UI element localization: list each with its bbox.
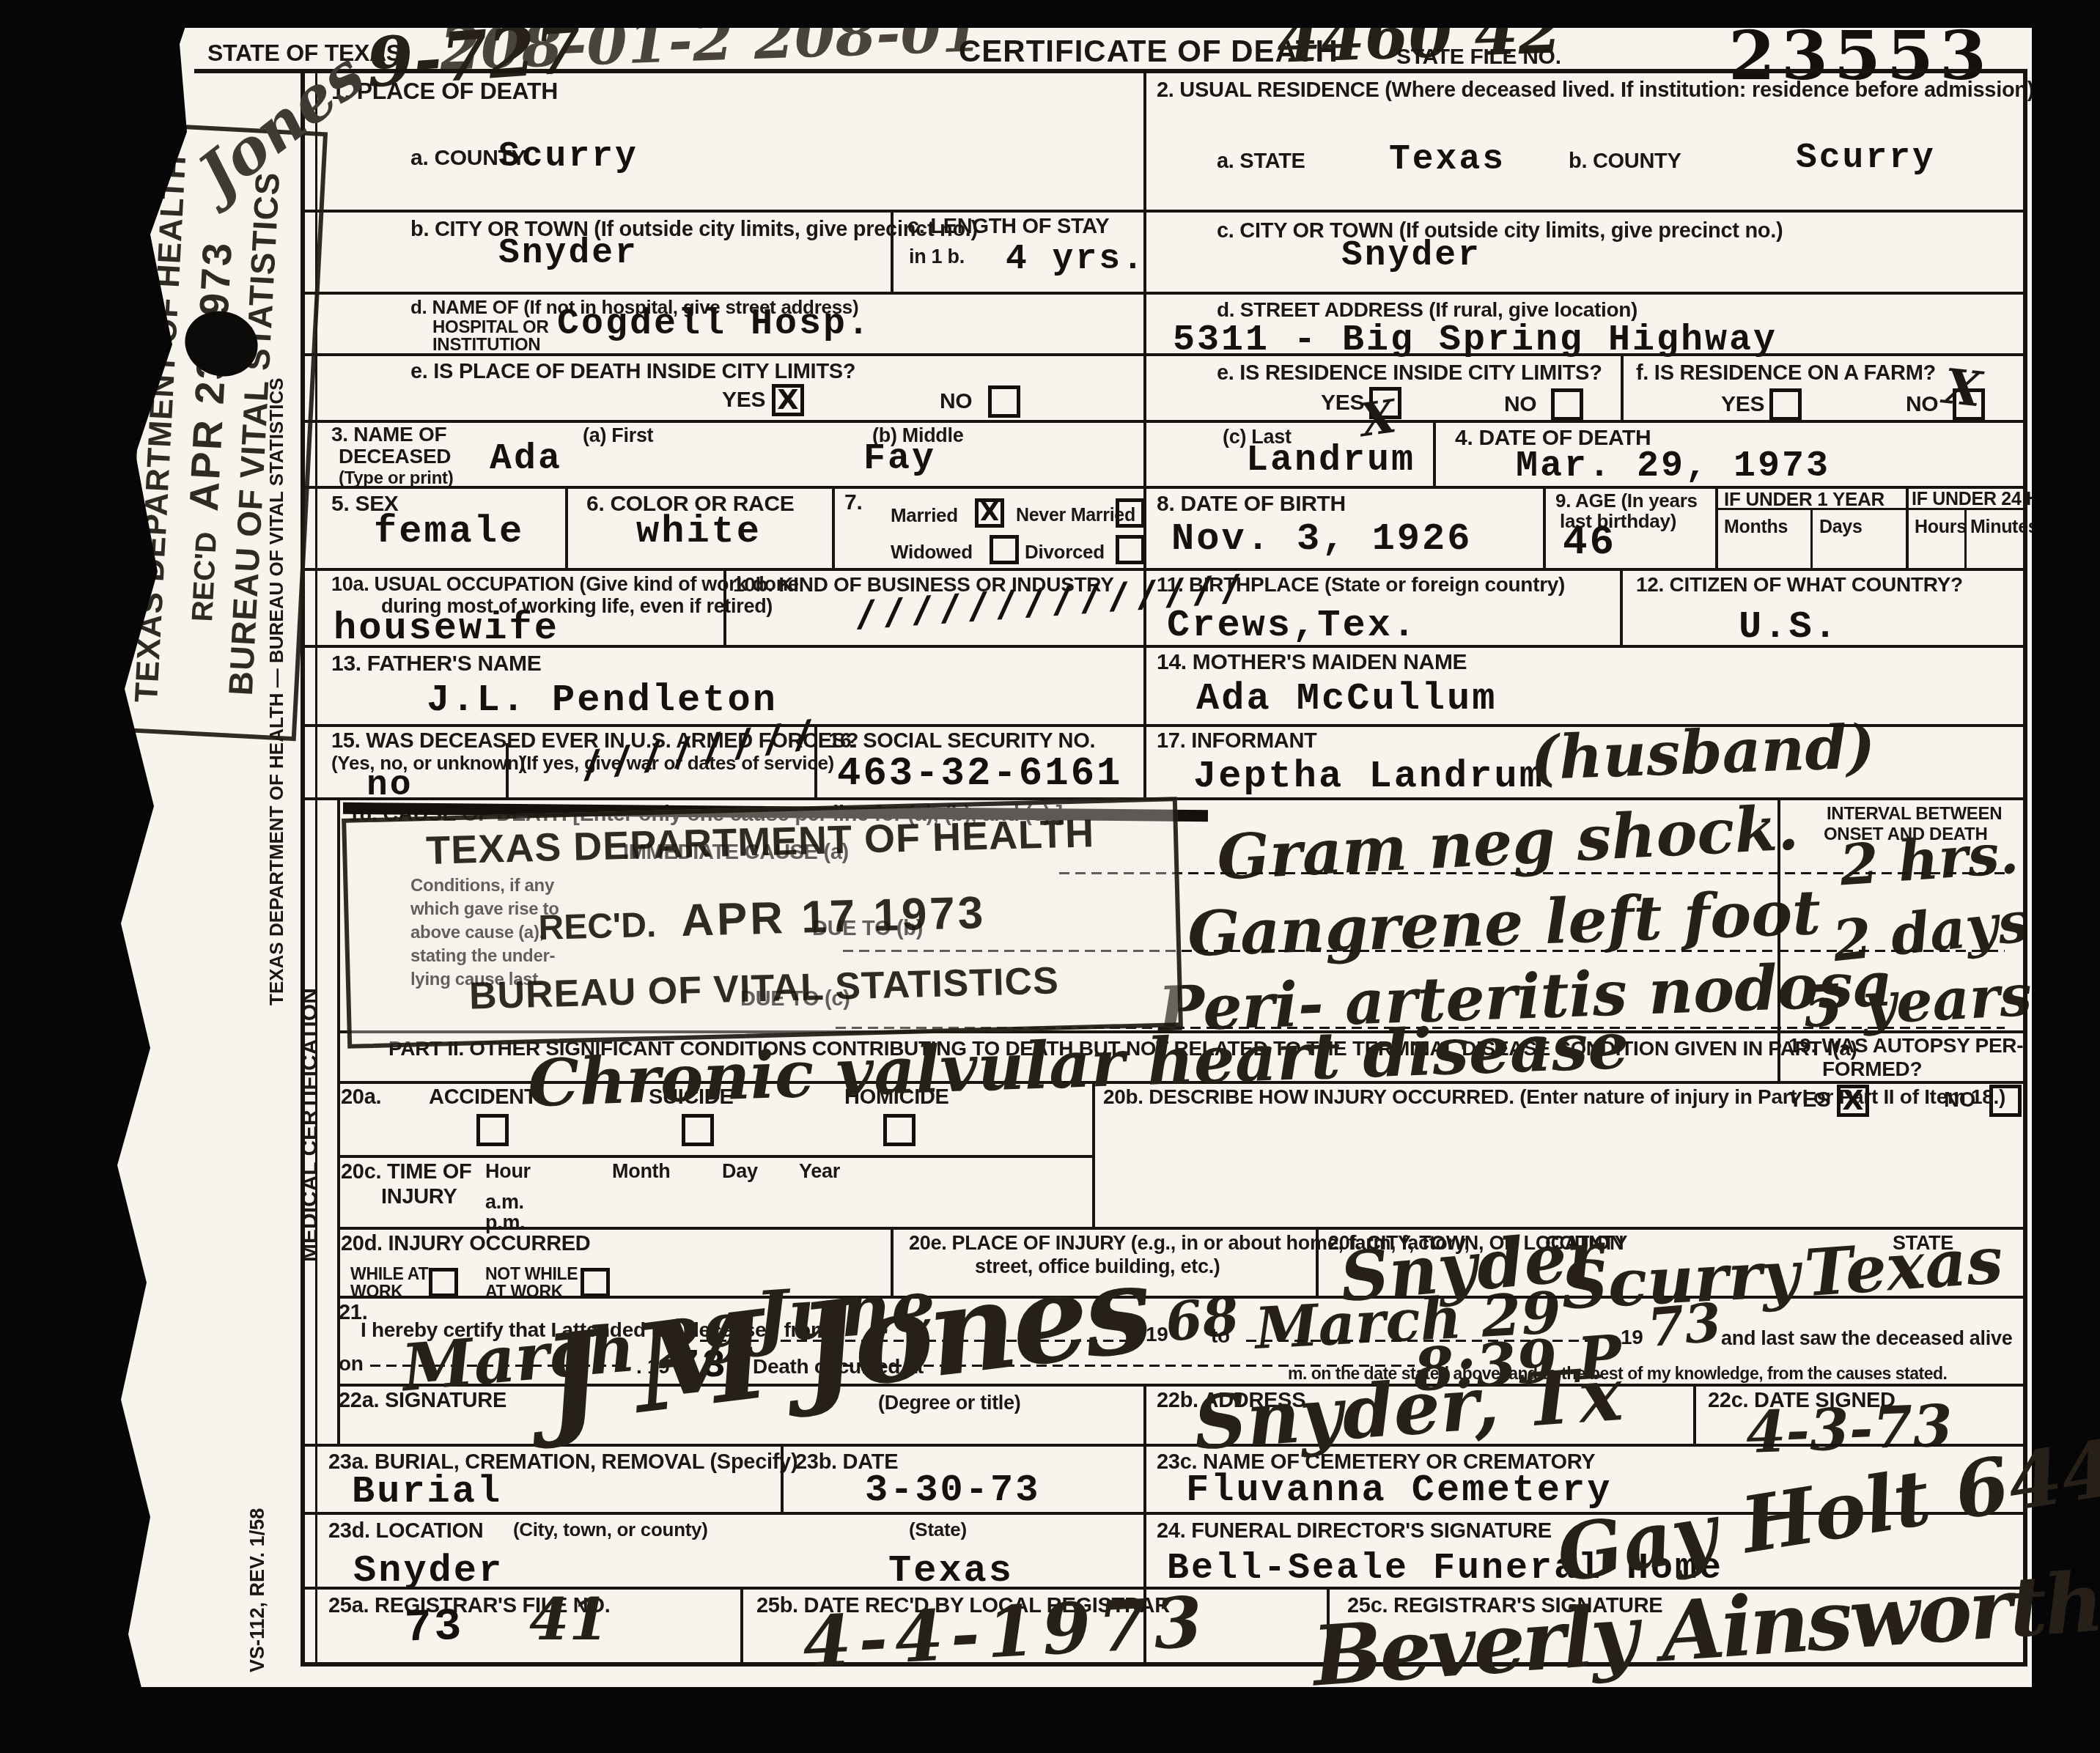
grid-line (1620, 568, 1623, 648)
name-middle-value: Fay (863, 441, 936, 478)
grid-line (1777, 797, 1780, 1084)
autopsy-label1: 19. WAS AUTOPSY PER- (1788, 1035, 2023, 1056)
received-stamp-center: TEXAS DEPARTMENT OF HEALTH REC'D.APR 17 … (342, 797, 1183, 1049)
name-first-value: Ada (490, 441, 562, 478)
occupation-value: housewife (334, 610, 559, 648)
grid-line (1621, 353, 1624, 423)
grid-line (565, 486, 568, 571)
injury-pm-label: p.m. (485, 1212, 525, 1233)
interval-a-value: 2 hrs. (1838, 826, 2021, 894)
grid-line (1964, 508, 1967, 571)
scan-black-border-top (0, 0, 2100, 28)
grid-line (301, 568, 2026, 571)
date-recd-value: 4-4-1973 (801, 1587, 1212, 1678)
residence-county-value: Scurry (1796, 141, 1936, 176)
interval-c-value: 5 years (1802, 967, 2033, 1036)
grid-line (337, 797, 340, 1447)
certify-to-word: to (1211, 1325, 1230, 1346)
certify-on-word: on (339, 1353, 364, 1374)
scan-black-border-bottom (0, 1687, 2100, 1753)
suicide-checkbox (682, 1114, 714, 1146)
burial-location-city: Snyder (353, 1552, 504, 1590)
marital-widowed-checkbox (990, 535, 1019, 564)
marital-married-checkbox: X (975, 498, 1004, 528)
date-of-birth-label: 8. DATE OF BIRTH (1157, 492, 1346, 516)
grid-line (1693, 1384, 1696, 1447)
hospital-value: Cogdell Hosp. (557, 306, 872, 343)
grid-line (194, 69, 2023, 73)
ssn-label: 16. SOCIAL SECURITY NO. (828, 730, 1095, 752)
grid-line (832, 486, 835, 571)
residence-county-label: b. COUNTY (1569, 150, 1681, 172)
grid-line (1810, 508, 1813, 571)
injury-state-value: Texas (1802, 1228, 2005, 1306)
name-first-label: (a) First (583, 425, 653, 446)
stamp-recd-label: REC'D (186, 531, 223, 623)
name-label2: DECEASED (339, 446, 451, 467)
place-limits-yes-checkbox: X (772, 384, 804, 416)
injury-20c-label2: INJURY (381, 1186, 457, 1208)
residence-section-label: 2. USUAL RESIDENCE (Where deceased lived… (1157, 79, 2034, 101)
under-1-year-days-label: Days (1819, 517, 1863, 536)
armed-forces-sublabel1: (Yes, no, or unknown) (331, 753, 525, 773)
grid-line (1433, 420, 1436, 489)
grid-line (1143, 1384, 1146, 1447)
injury-hour-label: Hour (485, 1161, 531, 1181)
stamp-center-date-line: REC'D.APR 17 1973 (348, 882, 1176, 956)
grid-line (337, 1227, 2026, 1230)
burial-location-label: 23d. LOCATION (328, 1520, 483, 1542)
marital-never-checkbox (1116, 498, 1145, 528)
grid-line (301, 724, 2026, 727)
interval-b-value: 2 days. (1830, 892, 2051, 970)
registrar-file-no-typed: 73 (404, 1604, 465, 1652)
mother-maiden-name-value: Ada McCullum (1196, 680, 1497, 718)
residence-farm-yes-label: YES (1721, 393, 1764, 416)
place-limits-no-checkbox (988, 385, 1020, 418)
residence-state-label: a. STATE (1217, 150, 1305, 172)
place-city-limits-label: e. IS PLACE OF DEATH INSIDE CITY LIMITS? (410, 361, 855, 383)
informant-relation: (husband) (1530, 717, 1876, 789)
hospital-label3: INSTITUTION (432, 336, 540, 354)
residence-farm-no-mark: X (1942, 362, 1984, 414)
grid-line (301, 420, 2026, 423)
grid-line (740, 1587, 743, 1665)
birthplace-label: 11. BIRTHPLACE (State or foreign country… (1157, 574, 1565, 595)
grid-line (1092, 1081, 1095, 1230)
grid-line (1316, 1227, 1319, 1299)
grid-line (2023, 69, 2027, 1667)
burial-value: Burial (352, 1473, 502, 1511)
length-of-stay-value: 4 yrs. (1006, 242, 1146, 277)
death-certificate-scan: TEXAS DEPARTMENT OF HEALTH REC'DAPR 23 1… (0, 0, 2100, 1753)
marital-divorced-checkbox (1116, 535, 1145, 564)
informant-label: 17. INFORMANT (1157, 730, 1316, 752)
age-value: 46 (1563, 522, 1616, 563)
mother-maiden-name-label: 14. MOTHER'S MAIDEN NAME (1157, 651, 1467, 674)
homicide-checkbox (883, 1114, 915, 1146)
grid-line (814, 724, 817, 800)
grid-line (337, 1155, 1092, 1158)
injury-20d-label: 20d. INJURY OCCURRED (341, 1233, 590, 1255)
date-of-birth-value: Nov. 3, 1926 (1171, 520, 1472, 558)
residence-farm-no-label: NO (1906, 393, 1938, 416)
grid-line (891, 210, 894, 295)
length-of-stay-label: c. LENGTH OF STAY (907, 215, 1109, 237)
grid-line (781, 1444, 784, 1515)
grid-line (506, 743, 509, 800)
accident-checkbox (476, 1114, 509, 1146)
injury-year-label: Year (799, 1161, 840, 1181)
not-while-at-work-checkbox (581, 1268, 610, 1297)
residence-city-value: Snyder (1341, 238, 1481, 273)
marital-label: 7. (844, 491, 862, 514)
informant-value: Jeptha Landrum (1193, 758, 1544, 796)
grid-line (301, 210, 2026, 213)
state-file-no-label: STATE FILE NO. (1396, 45, 1561, 69)
street-address-label: d. STREET ADDRESS (If rural, give locati… (1217, 299, 1637, 320)
grid-line (1059, 872, 2005, 874)
occupation-label1: 10a. USUAL OCCUPATION (Give kind of work… (331, 574, 799, 594)
stamp-center-bureau: BUREAU OF VITAL STATISTICS (350, 956, 1178, 1022)
autopsy-label2: FORMED? (1822, 1058, 1922, 1080)
place-county-value: Scurry (498, 139, 638, 174)
race-value: white (636, 513, 762, 551)
cemetery-value: Fluvanna Cemetery (1186, 1472, 1613, 1510)
cause-a-value: Gram neg shock. (1215, 797, 1799, 888)
certify-text2: and last saw the deceased alive (1721, 1328, 2012, 1348)
grid-line (301, 353, 2026, 356)
injury-am-label: a.m. (485, 1192, 524, 1212)
place-limits-no-label: NO (940, 390, 972, 413)
residence-farm-yes-checkbox (1769, 388, 1802, 421)
ssn-value: 463-32-6161 (837, 755, 1122, 794)
hospital-label2: HOSPITAL OR (432, 318, 549, 336)
residence-limits-no-label: NO (1504, 393, 1536, 416)
injury-county-value: Scurry (1560, 1241, 1801, 1318)
while-at-work-checkbox (429, 1268, 458, 1297)
grid-line (1543, 486, 1546, 571)
stamp-center-date: APR 17 1973 (680, 887, 987, 946)
interval-header-1: INTERVAL BETWEEN (1827, 805, 2002, 823)
grid-line (723, 568, 726, 648)
marital-married-label: Married (891, 506, 958, 525)
under-1-year-months-label: Months (1724, 517, 1788, 536)
residence-state-value: Texas (1389, 142, 1506, 177)
age-label1: 9. AGE (In years (1555, 491, 1698, 511)
under-24-hrs-hours-label: Hours (1915, 517, 1967, 536)
date-of-death-value: Mar. 29, 1973 (1516, 449, 1830, 485)
citizen-label: 12. CITIZEN OF WHAT COUNTRY? (1636, 574, 1963, 595)
grid-line (1715, 486, 1718, 571)
injury-month-label: Month (612, 1161, 670, 1181)
stamp-center-recd: REC'D. (538, 906, 657, 948)
residence-farm-label: f. IS RESIDENCE ON A FARM? (1636, 362, 1936, 384)
injury-20c-label1: 20c. TIME OF (341, 1161, 472, 1183)
residence-city-label: c. CITY OR TOWN (If outside city limits,… (1217, 220, 1783, 242)
sex-value: female (374, 513, 524, 551)
birthplace-value: Crews,Tex. (1167, 607, 1418, 645)
residence-limits-yes-mark: X (1357, 394, 1399, 443)
while-at-work-label1: WHILE AT (350, 1265, 428, 1283)
burial-location-sub2: (State) (909, 1520, 967, 1540)
burial-location-sub1: (City, town, or county) (513, 1520, 708, 1540)
marital-widowed-label: Widowed (891, 542, 973, 562)
grid-line (301, 486, 2026, 489)
place-city-value: Snyder (498, 236, 638, 271)
marital-divorced-label: Divorced (1025, 542, 1105, 562)
grid-line (1715, 508, 2026, 510)
name-label1: 3. NAME OF (331, 424, 446, 445)
injury-20a-label: 20a. (341, 1086, 381, 1108)
armed-forces-slashes: //////// (578, 716, 825, 791)
length-of-stay-sublabel: in 1 b. (909, 246, 965, 267)
under-24-hrs-minutes-label: Minutes (1970, 517, 2038, 536)
not-while-at-work-label1: NOT WHILE (485, 1265, 578, 1283)
form-number: VS-112, REV. 1/58 (246, 1496, 269, 1672)
residence-limits-label: e. IS RESIDENCE INSIDE CITY LIMITS? (1217, 362, 1602, 384)
name-last-value: Landrum (1246, 443, 1415, 479)
registrar-file-no-handwritten: 41 (529, 1592, 609, 1649)
accident-label: ACCIDENT (429, 1086, 537, 1108)
residence-limits-no-checkbox (1551, 388, 1583, 421)
grid-line (1906, 486, 1909, 571)
citizen-value: U.S. (1739, 608, 1839, 646)
grid-line (1143, 69, 1146, 800)
injury-day-label: Day (722, 1161, 758, 1181)
burial-location-state: Texas (888, 1552, 1014, 1590)
grid-line (301, 292, 2026, 295)
father-name-label: 13. FATHER'S NAME (331, 652, 542, 676)
grid-line (301, 645, 2026, 648)
funeral-director-label: 24. FUNERAL DIRECTOR'S SIGNATURE (1157, 1520, 1552, 1542)
burial-date-value: 3-30-73 (865, 1472, 1040, 1510)
physician-signature: J M Jones (537, 1247, 1154, 1442)
place-limits-yes-label: YES (722, 388, 765, 412)
name-label3: (Type or print) (339, 469, 453, 487)
father-name-value: J.L. Pendleton (427, 682, 778, 720)
under-1-year-header: IF UNDER 1 YEAR (1724, 490, 1885, 509)
stamp-center-dept: TEXAS DEPARTMENT OF HEALTH (347, 808, 1174, 876)
